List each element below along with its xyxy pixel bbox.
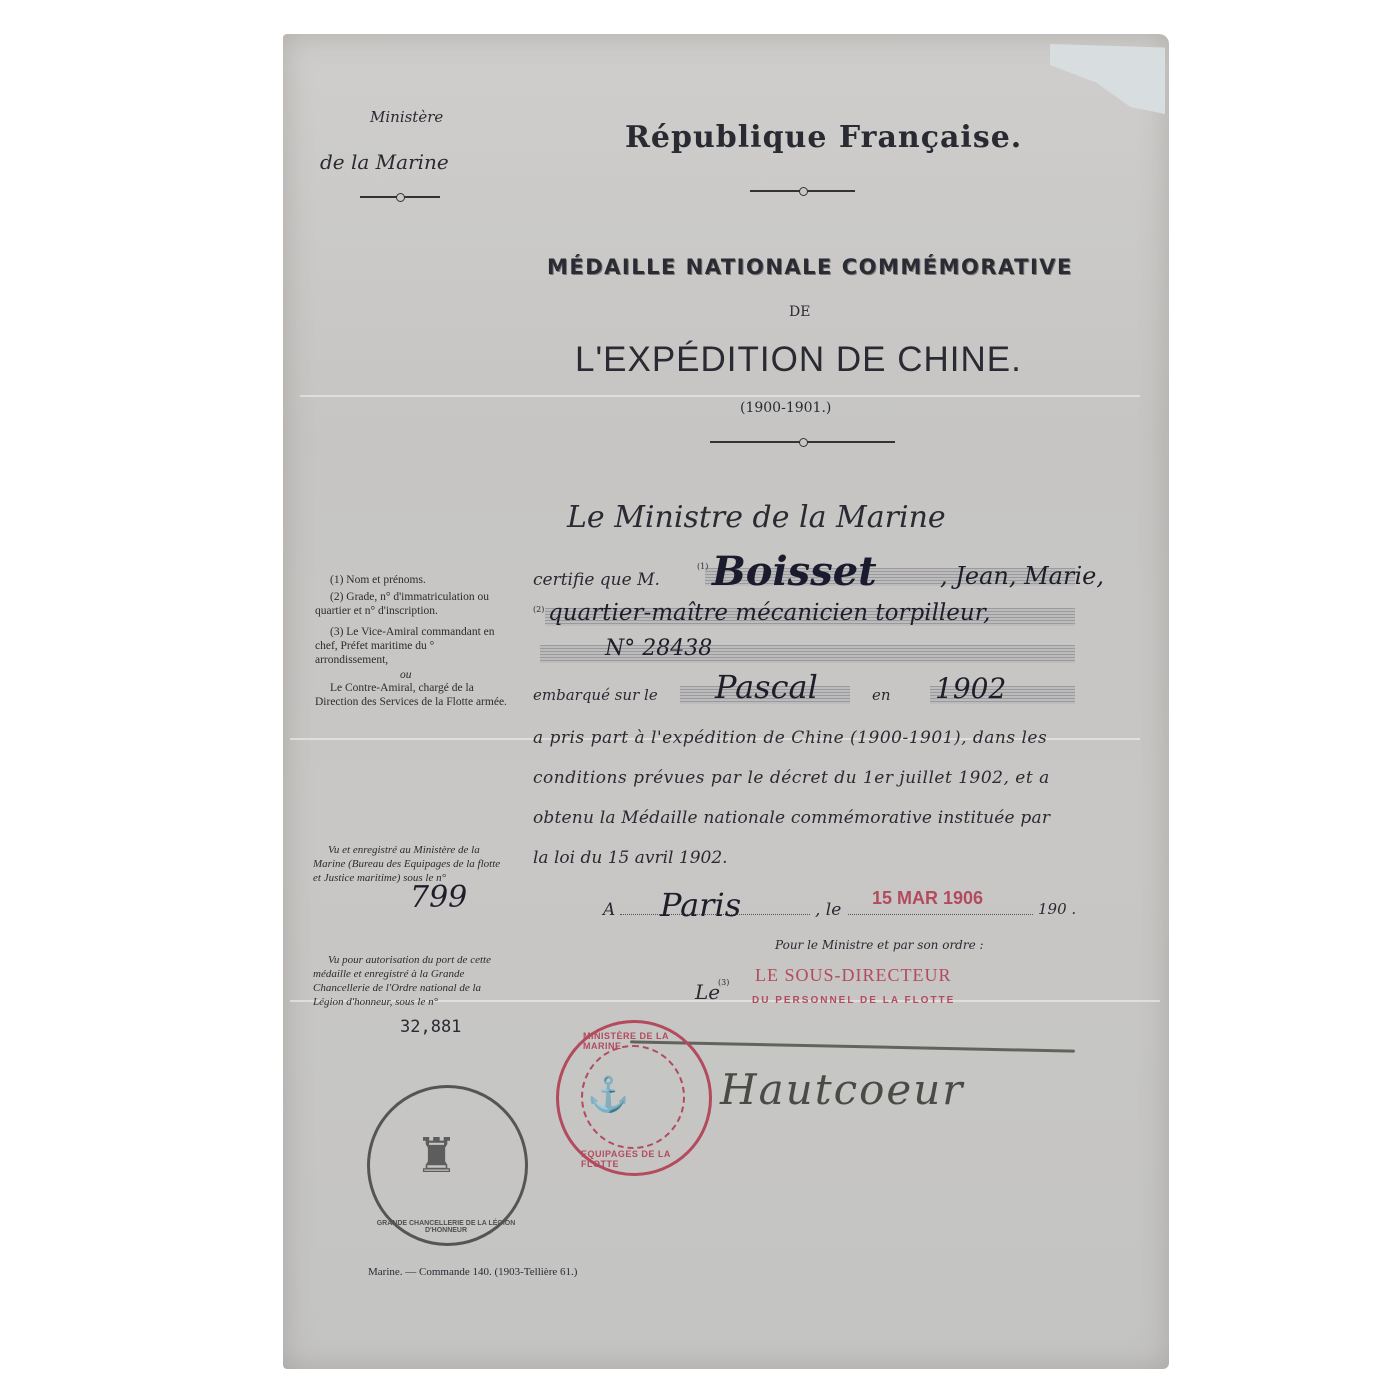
expedition-title: L'EXPÉDITION DE CHINE. <box>575 340 1022 380</box>
footnote-marker-1: (1) <box>697 562 708 571</box>
date-suffix: 190 . <box>1038 900 1076 918</box>
legion-honneur-seal: ♜ GRANDE CHANCELLERIE DE LA LÉGION D'HON… <box>367 1085 528 1246</box>
ornament-divider <box>360 196 440 198</box>
registration-autorisation-text: Vu pour autorisation du port de cette mé… <box>313 953 508 1009</box>
embark-year: 1902 <box>935 672 1006 705</box>
embarque-label: embarqué sur le <box>533 686 658 704</box>
marine-seal: ⚓ MINISTÈRE DE LA MARINE EQUIPAGES DE LA… <box>556 1020 712 1176</box>
ship-name: Pascal <box>715 668 818 706</box>
footnote-1: (1) Nom et prénoms. <box>330 573 510 587</box>
registration-vu-text: Vu et enregistré au Ministère de la Mari… <box>313 843 508 885</box>
republic-heading: République Française. <box>625 120 1022 155</box>
footnote-marker-2: (2) <box>533 605 544 614</box>
minister-heading: Le Ministre de la Marine <box>567 500 946 535</box>
place-prefix: A <box>603 900 615 920</box>
footnote-2: (2) Grade, n° d'immatriculation ou quart… <box>315 590 510 618</box>
marine-seal-top-text: MINISTÈRE DE LA MARINE <box>583 1031 709 1051</box>
expedition-years: (1900-1901.) <box>740 400 831 416</box>
ministry-name: de la Marine <box>320 150 449 174</box>
recipient-grade: quartier-maître mécanicien torpilleur, <box>548 600 991 626</box>
recipient-matricule: N° 28438 <box>605 636 712 661</box>
printer-footer: Marine. — Commande 140. (1903-Tellière 6… <box>368 1266 577 1278</box>
footnote-3b: Le Contre-Amiral, chargé de la Direction… <box>315 681 510 709</box>
footnote-marker-3: (3) <box>718 978 729 987</box>
place-name: Paris <box>660 886 741 924</box>
body-line-3: obtenu la Médaille nationale commémorati… <box>533 808 1050 828</box>
recipient-surname: Boisset <box>712 548 877 595</box>
anchor-icon: ⚓ <box>587 1075 629 1115</box>
minister-signature: Hautcoeur <box>720 1065 964 1114</box>
title-de: DE <box>789 304 810 320</box>
legion-seal-text: GRANDE CHANCELLERIE DE LA LÉGION D'HONNE… <box>376 1220 516 1234</box>
sous-directeur-stamp: LE SOUS-DIRECTEUR <box>755 965 952 986</box>
le-label: Le <box>695 980 720 1004</box>
statue-icon: ♜ <box>415 1128 458 1184</box>
date-stamp: 15 MAR 1906 <box>872 888 983 909</box>
footnote-3: (3) Le Vice-Amiral commandant en chef, P… <box>315 625 510 667</box>
pour-le-ministre: Pour le Ministre et par son ordre : <box>775 938 984 952</box>
ministry-label: Ministère <box>370 108 443 126</box>
medal-title: MÉDAILLE NATIONALE COMMÉMORATIVE <box>547 255 1073 279</box>
personnel-stamp: DU PERSONNEL DE LA FLOTTE <box>752 995 955 1006</box>
ornament-divider <box>710 441 895 443</box>
en-label: en <box>872 686 891 704</box>
ornament-divider <box>750 190 855 192</box>
body-line-4: la loi du 15 avril 1902. <box>533 848 728 868</box>
recipient-given-names: , Jean, Marie, <box>940 562 1104 590</box>
certifie-label: certifie que M. <box>533 570 660 590</box>
marine-seal-bottom-text: EQUIPAGES DE LA FLOTTE <box>581 1149 709 1169</box>
registration-autorisation-number: 32,881 <box>400 1017 461 1037</box>
date-prefix: , le <box>815 900 841 920</box>
footnote-ou: ou <box>400 668 412 682</box>
body-line-2: conditions prévues par le décret du 1er … <box>533 768 1050 788</box>
date-dotted-line <box>848 914 1033 915</box>
body-line-1: a pris part à l'expédition de Chine (190… <box>533 728 1047 748</box>
registration-vu-number: 799 <box>410 880 467 915</box>
paper-crease <box>300 395 1140 397</box>
